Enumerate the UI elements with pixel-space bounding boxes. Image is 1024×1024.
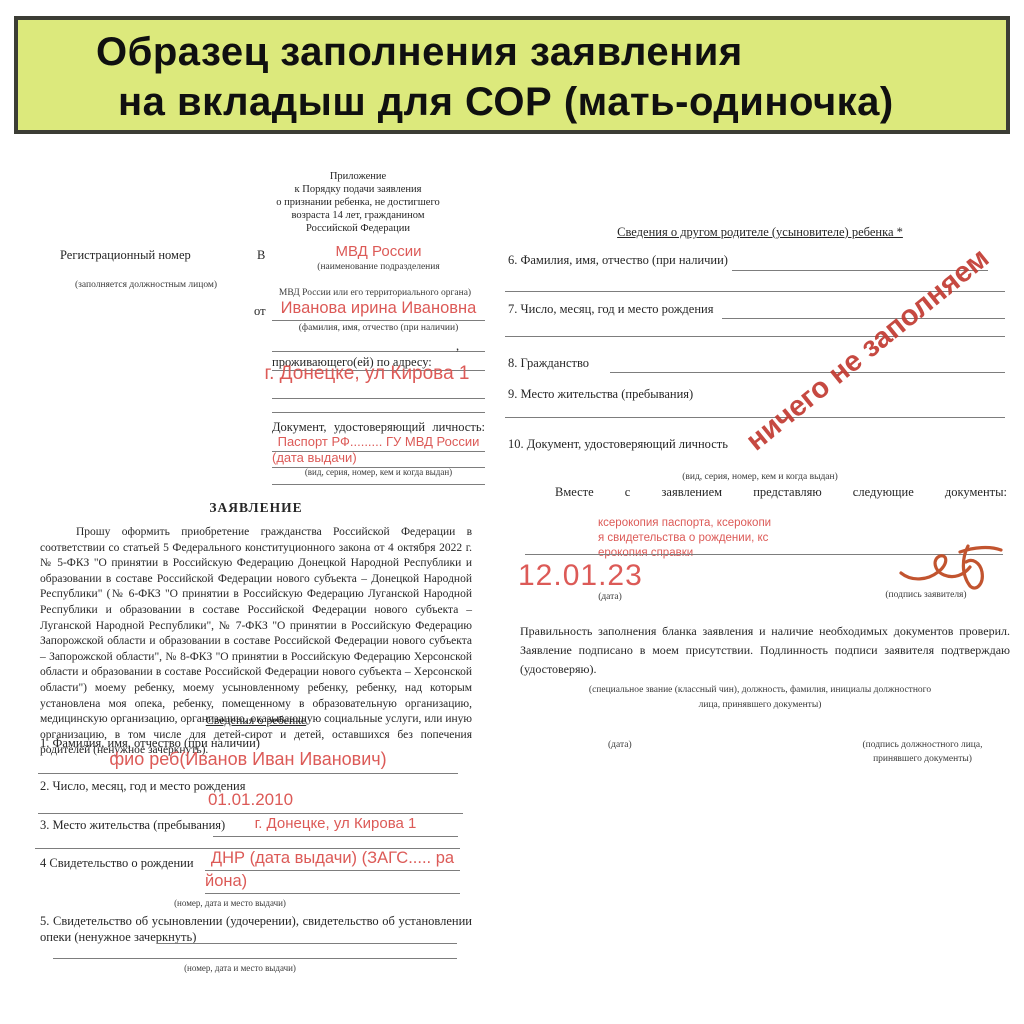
left-page: Приложение к Порядку подачи заявления о … xyxy=(20,148,492,1018)
from-prefix: от xyxy=(254,304,266,319)
field1-value: фио реб(Иванов Иван Иванович) xyxy=(38,749,458,774)
child-section-title: Сведения о ребенке xyxy=(20,713,492,728)
stray-comma: , xyxy=(456,339,459,354)
do-not-fill-stamp: ничего не заполняем xyxy=(740,242,996,458)
field9-label: 9. Место жительства (пребывания) xyxy=(508,387,693,402)
official-sign-caption-1: (подпись должностного лица, xyxy=(840,740,1005,750)
identity-doc-label: Документ, удостоверяющий личность: xyxy=(272,420,485,435)
field5-label: 5. Свидетельство об усыновлении (удочере… xyxy=(40,913,472,945)
appendix-note: Приложение к Порядку подачи заявления о … xyxy=(232,170,484,235)
right-page: Сведения о другом родителе (усыновителе)… xyxy=(500,160,1020,1024)
field4-value-2: йона) xyxy=(205,872,460,894)
verify-paragraph: Правильность заполнения бланка заявления… xyxy=(520,622,1010,679)
field4-value-1: ДНР (дата выдачи) (ЗАГС..... ра xyxy=(205,849,460,871)
blank-line xyxy=(272,351,485,352)
applicant-signature xyxy=(898,542,1003,590)
banner-title-line1: Образец заполнения заявления xyxy=(18,20,1006,76)
field6-label: 6. Фамилия, имя, отчество (при наличии) xyxy=(508,253,728,268)
statement-title: ЗАЯВЛЕНИЕ xyxy=(20,500,492,516)
addressee-value: МВД России xyxy=(276,243,481,260)
registration-number-caption: (заполняется должностным лицом) xyxy=(75,280,217,290)
field2-value: 01.01.2010 xyxy=(38,790,463,814)
official-caption-1: (специальное звание (классный чин), долж… xyxy=(560,685,960,695)
applicant-name-value: Иванова ирина Ивановна xyxy=(272,299,485,321)
appendix-line: к Порядку подачи заявления xyxy=(232,183,484,196)
documents-value-2: я свидетельства о рождении, кс xyxy=(598,532,768,544)
address-value: г. Донецке, ул Кирова 1 xyxy=(242,363,492,385)
blank-line xyxy=(157,943,457,944)
field4-label: 4 Свидетельство о рождении xyxy=(40,856,194,871)
appendix-line: Приложение xyxy=(232,170,484,183)
field10-label: 10. Документ, удостоверяющий личность xyxy=(508,437,728,452)
field5-caption: (номер, дата и место выдачи) xyxy=(110,963,370,973)
blank-line xyxy=(272,484,485,485)
field3-label: 3. Место жительства (пребывания) xyxy=(40,818,225,833)
appendix-line: возраста 14 лет, гражданином xyxy=(232,209,484,222)
official-sign-caption-2: принявшего документы) xyxy=(840,754,1005,764)
blank-line xyxy=(722,318,1005,319)
other-parent-section-title: Сведения о другом родителе (усыновителе)… xyxy=(500,225,1020,240)
blank-line xyxy=(53,958,457,959)
banner-title-line2: на вкладыш для СОР (мать-одиночка) xyxy=(18,76,1006,126)
identity-doc-caption: (вид, серия, номер, кем и когда выдан) xyxy=(620,472,900,482)
addressee-caption-2: МВД России или его территориального орга… xyxy=(266,288,484,298)
date-value: 12.01.23 xyxy=(518,559,643,593)
registration-number-label: Регистрационный номер xyxy=(60,248,191,263)
applicant-name-caption: (фамилия, имя, отчество (при наличии) xyxy=(272,323,485,333)
addressee-caption-1: (наименование подразделения xyxy=(276,262,481,272)
documents-value-1: ксерокопия паспорта, ксерокопи xyxy=(598,517,771,529)
blank-line xyxy=(272,398,485,399)
documents-value-3: ерокопия справки xyxy=(598,547,693,559)
blank-line xyxy=(505,336,1005,337)
addressee-prefix: В xyxy=(257,248,265,263)
appendix-line: о признании ребенка, не достигшего xyxy=(232,196,484,209)
blank-line xyxy=(505,417,1005,418)
blank-line xyxy=(610,372,1005,373)
identity-doc-caption: (вид, серия, номер, кем и когда выдан) xyxy=(272,467,485,477)
title-banner: Образец заполнения заявления на вкладыш … xyxy=(14,16,1010,134)
identity-doc-value-2: (дата выдачи) xyxy=(272,450,485,468)
official-caption-2: лица, принявшего документы) xyxy=(560,700,960,710)
field3-value: г. Донецке, ул Кирова 1 xyxy=(213,815,458,837)
documents-line: Вместе с заявлением представляю следующи… xyxy=(555,485,1007,500)
field7-label: 7. Число, месяц, год и место рождения xyxy=(508,302,713,317)
blank-line xyxy=(272,412,485,413)
appendix-line: Российской Федерации xyxy=(232,222,484,235)
signature-caption: (подпись заявителя) xyxy=(866,590,986,600)
date-caption: (дата) xyxy=(580,592,640,602)
screenshot-root: { "colors": { "banner_bg": "#dce97c", "b… xyxy=(0,0,1024,1024)
field8-label: 8. Гражданство xyxy=(508,356,589,371)
field4-caption: (номер, дата и место выдачи) xyxy=(105,898,355,908)
bottom-date-caption: (дата) xyxy=(608,740,632,750)
